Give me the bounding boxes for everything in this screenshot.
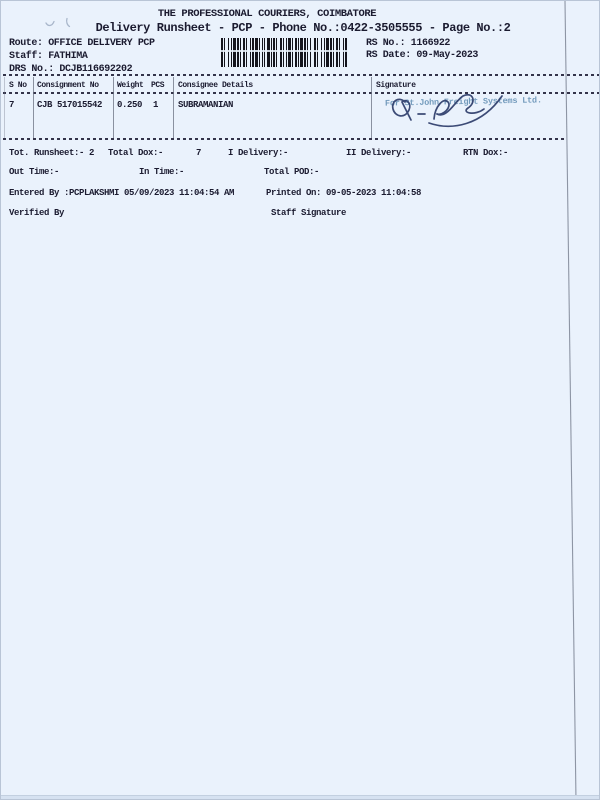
table-col-line-1 — [33, 77, 34, 138]
total-dox-label: Total Dox:- — [108, 148, 163, 158]
row-sno: 7 — [9, 100, 14, 110]
table-col-line-4 — [371, 77, 372, 138]
staff-signature-label: Staff Signature — [271, 208, 346, 218]
consignment-barcode-icon — [221, 38, 349, 67]
rtn-dox-label: RTN Dox:- — [463, 148, 508, 158]
printed-on-line: Printed On: 09-05-2023 11:04:58 — [266, 188, 421, 198]
col-header-weight: Weight — [117, 81, 143, 90]
verified-by-label: Verified By — [9, 208, 64, 218]
rs-date-line: RS Date: 09-May-2023 — [366, 50, 478, 61]
row-weight: 0.250 — [117, 100, 142, 110]
col-header-pcs: PCS — [151, 81, 164, 90]
total-pod-label: Total POD:- — [264, 167, 319, 177]
i-delivery-label: I Delivery:- — [228, 148, 288, 158]
ii-delivery-label: II Delivery:- — [346, 148, 411, 158]
rs-no-line: RS No.: 1166922 — [366, 38, 450, 49]
staff-line: Staff: FATHIMA — [9, 51, 87, 62]
total-dox-value: 7 — [196, 148, 201, 158]
out-time-label: Out Time:- — [9, 167, 59, 177]
in-time-label: In Time:- — [139, 167, 184, 177]
table-border-left — [4, 77, 5, 138]
company-title: THE PROFESSIONAL COURIERS, COIMBATORE — [158, 8, 376, 20]
route-line: Route: OFFICE DELIVERY PCP — [9, 38, 155, 49]
scanned-runsheet-page: THE PROFESSIONAL COURIERS, COIMBATORE De… — [0, 0, 600, 800]
divider-table-bottom — [3, 138, 566, 140]
row-pcs: 1 — [153, 100, 158, 110]
runsheet-subtitle: Delivery Runsheet - PCP - Phone No.:0422… — [96, 21, 511, 35]
table-col-line-3 — [173, 77, 174, 138]
col-header-sno: S No — [9, 81, 27, 90]
col-header-consignment: Consignment No — [37, 81, 99, 90]
entered-by-line: Entered By :PCPLAKSHMI 05/09/2023 11:04:… — [9, 188, 234, 198]
divider-header — [3, 74, 599, 76]
col-header-consignee: Consignee Details — [178, 81, 253, 90]
pen-scribble-marks — [43, 15, 75, 31]
barcode-scan-gap — [221, 50, 349, 52]
row-consignee: SUBRAMANIAN — [178, 100, 233, 110]
row-consignment-no: CJB 517015542 — [37, 100, 102, 110]
table-col-line-2 — [113, 77, 114, 138]
total-runsheet: Tot. Runsheet:- 2 — [9, 148, 94, 158]
handwritten-signature — [384, 89, 532, 133]
